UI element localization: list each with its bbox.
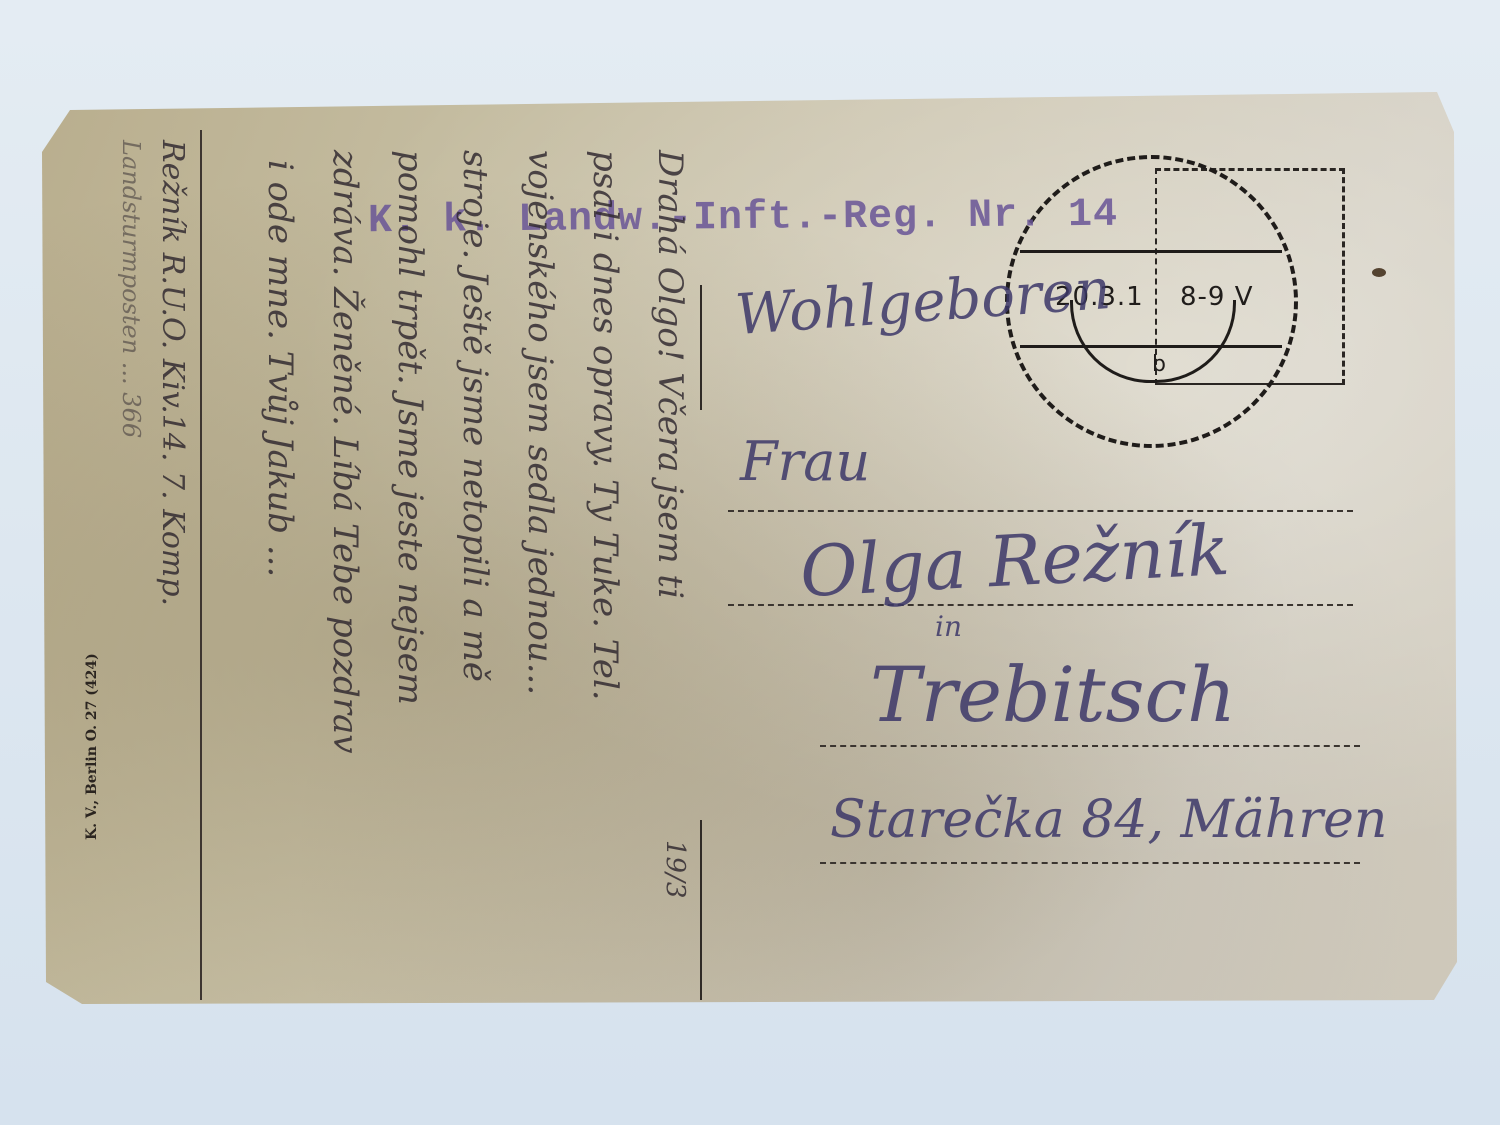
message-line-4: stroje. Ještě jsme netopili a mě <box>455 150 495 682</box>
address-preposition: in <box>935 610 962 643</box>
ink-stain <box>1372 268 1386 277</box>
postmark-time: 8-9 V <box>1180 282 1254 312</box>
address-title: Frau <box>740 430 870 493</box>
message-line-2: psal i dnes opravy. Ty Tuke. Tel. <box>585 150 625 701</box>
address-line-1 <box>728 510 1353 512</box>
message-date: 19/3 <box>660 840 690 898</box>
sender-divider <box>200 130 202 1000</box>
message-line-6: zdráva. Ženěné. Líbá Tebe pozdrav <box>325 150 365 753</box>
address-line-3 <box>820 745 1360 747</box>
address-line-4 <box>820 862 1360 864</box>
message-line-1: Drahá Olgo! Včera jsem ti <box>650 150 690 599</box>
message-line-3: vojenského jsem sedla jednou... <box>520 150 560 695</box>
postmark-letter: b <box>1152 352 1166 377</box>
address-city: Trebitsch <box>870 650 1236 739</box>
sender-line-2: Landsturmposten ... 366 <box>117 140 145 438</box>
address-street: Starečka 84, Mähren <box>830 790 1387 850</box>
postmark-bar-top <box>1020 250 1282 253</box>
printer-imprint: K. V., Berlin O. 27 (424) <box>84 653 100 840</box>
address-divider-bottom <box>700 820 702 1000</box>
sender-line-1: Režník R.U.O. Kiv.14. 7. Komp. <box>155 140 190 606</box>
address-divider-top <box>700 285 702 410</box>
message-line-5: pomohl trpět. Jsme jeste nejsem <box>390 150 430 705</box>
message-line-7: i ode mne. Tvůj Jakub ... <box>260 160 300 577</box>
